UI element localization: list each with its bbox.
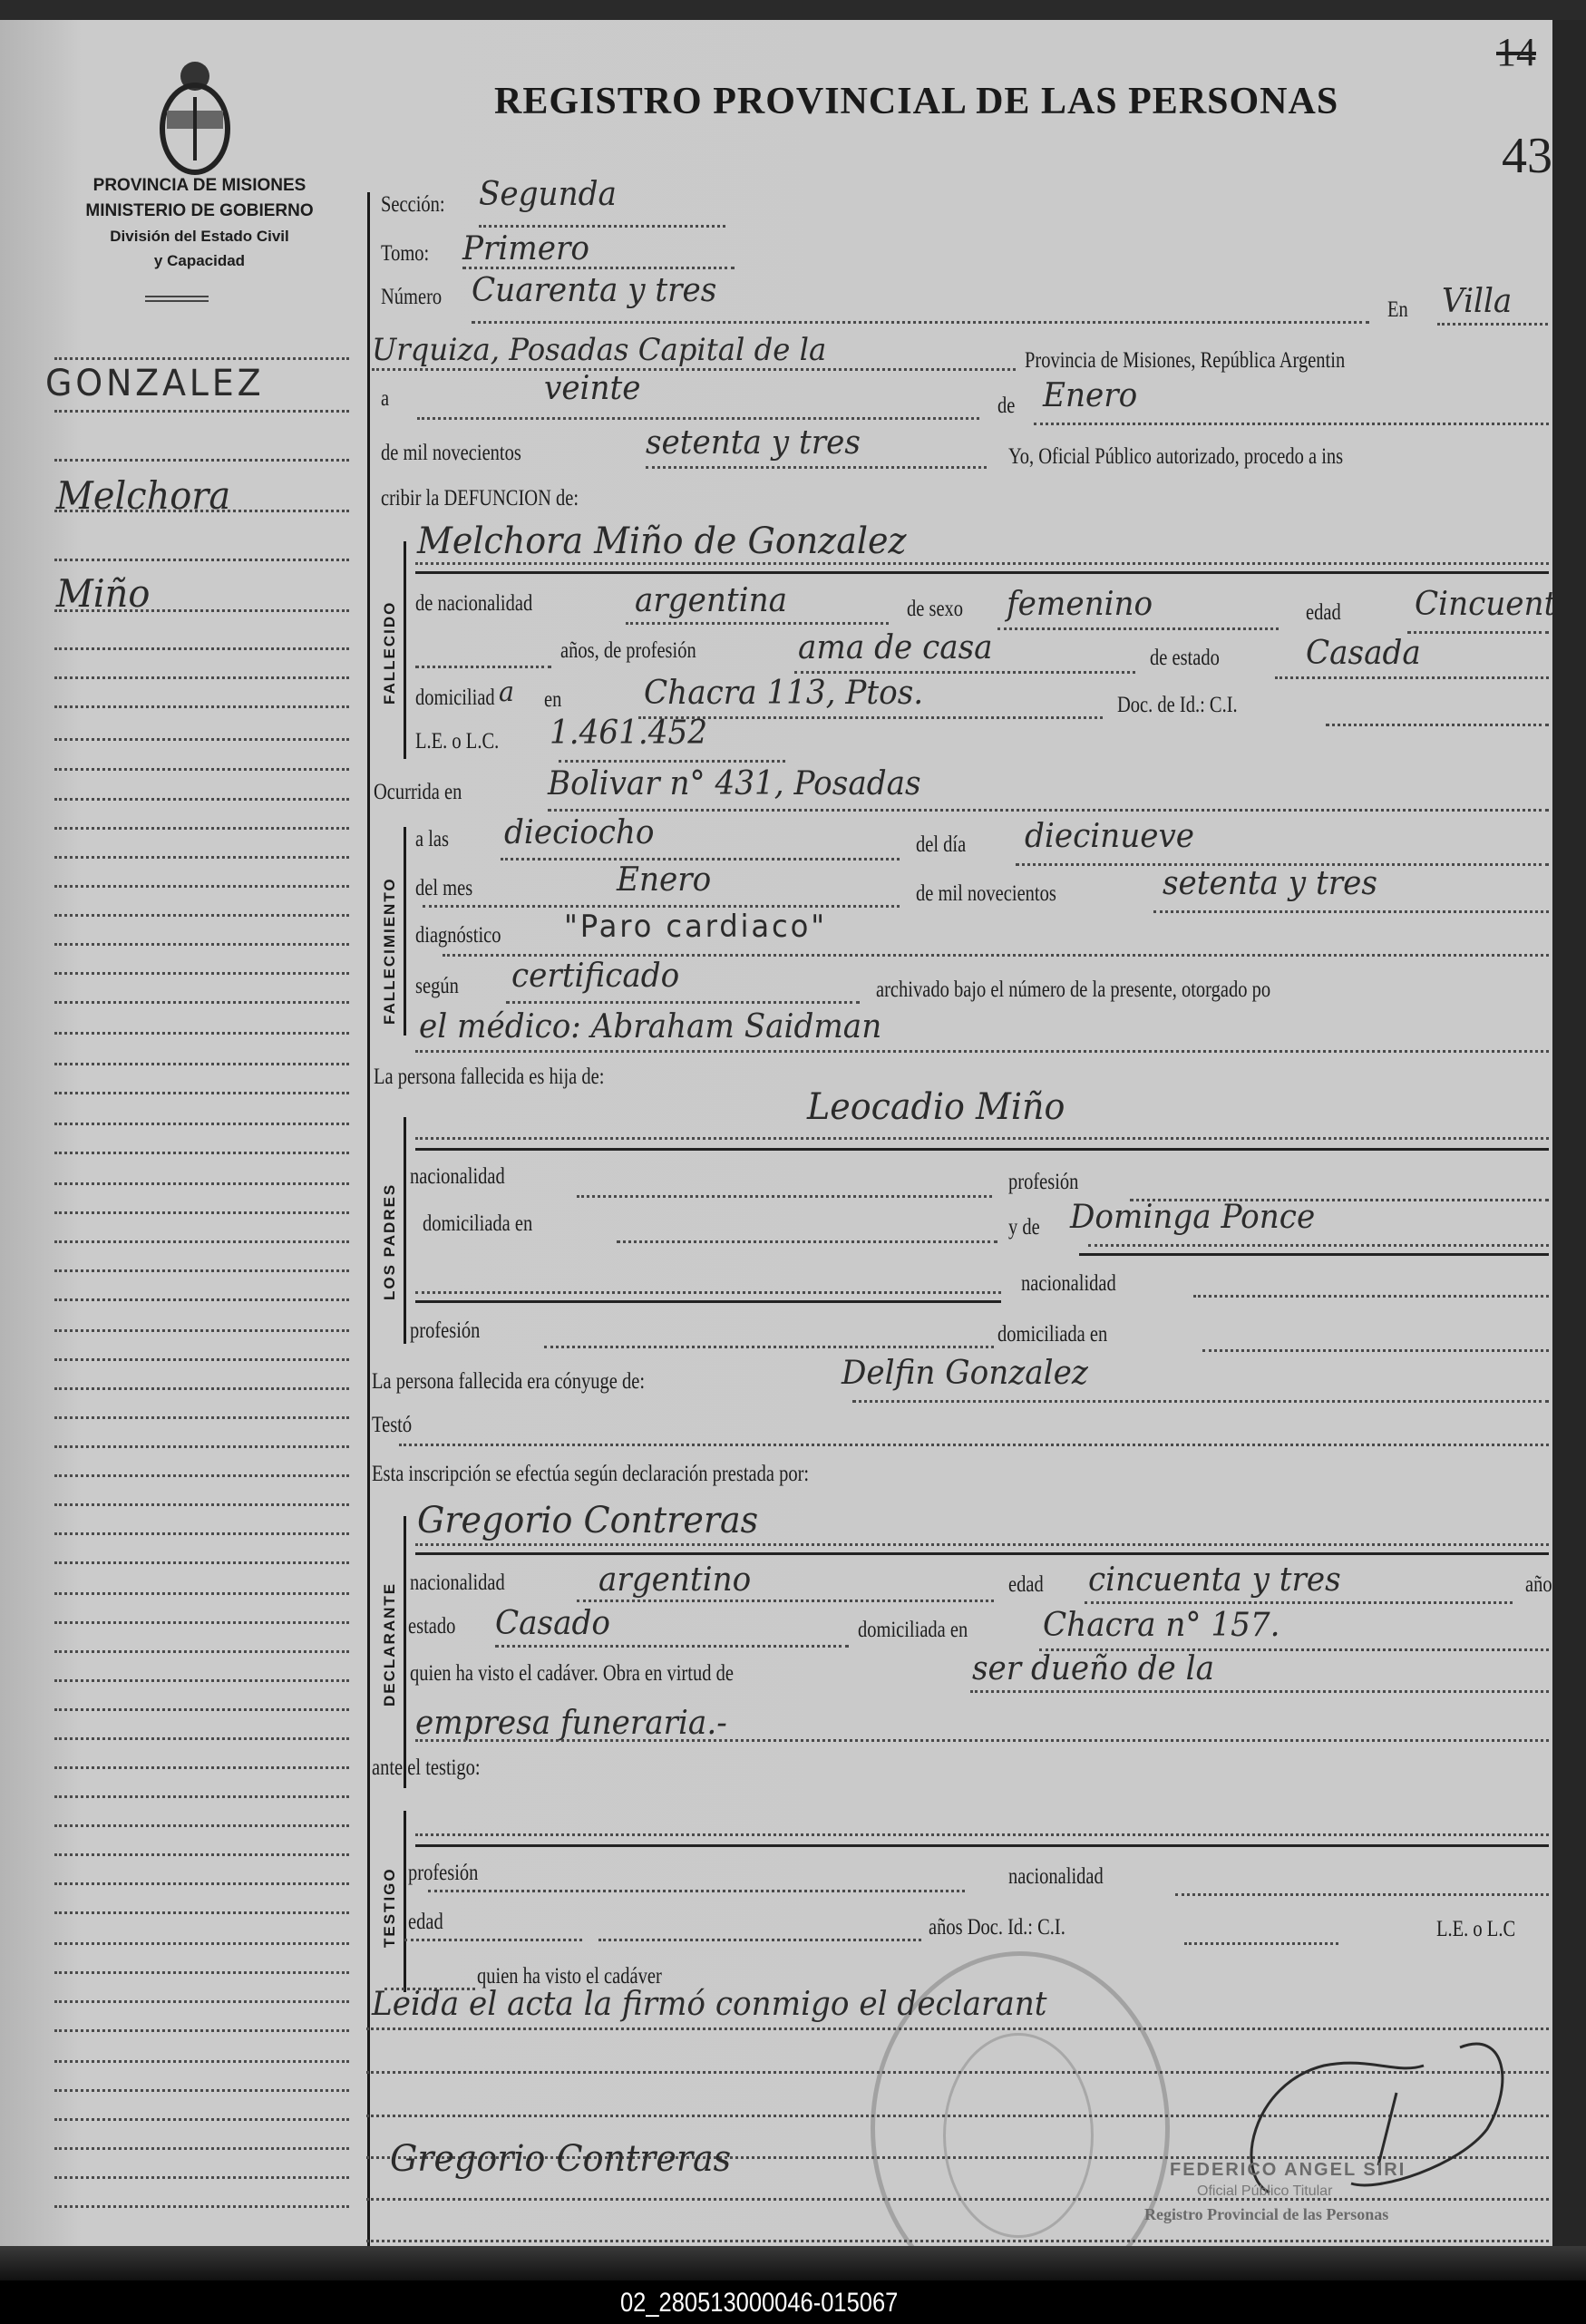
sexo-label: de sexo: [907, 597, 963, 622]
numero-label: Número: [381, 285, 442, 310]
declarante-intro: Esta inscripción se efectúa según declar…: [372, 1462, 809, 1487]
official-seal-inner: [943, 2033, 1094, 2238]
fallecido-bracket: [404, 541, 406, 759]
document-page: PROVINCIA DE MISIONES MINISTERIO DE GOBI…: [0, 20, 1552, 2246]
madre-domiciliada-label: domiciliada en: [997, 1322, 1107, 1347]
page-number-struck: 14: [1496, 29, 1536, 75]
document-title: REGISTRO PROVINCIAL DE LAS PERSONAS: [494, 80, 1338, 123]
anio-value: setenta y tres: [1163, 865, 1377, 902]
estado-label: de estado: [1150, 646, 1220, 671]
margin-line: [54, 510, 349, 512]
testigo-le-label: L.E. o L.C: [1436, 1917, 1515, 1942]
scan-right-edge: [1552, 20, 1586, 2246]
deceased-name: Melchora Miño de Gonzalez: [417, 520, 907, 562]
anos-profesion-label: años, de profesión: [560, 638, 696, 664]
province-text: Provincia de Misiones, República Argenti…: [1025, 348, 1345, 374]
sexo-value: femenino: [1007, 586, 1153, 623]
month-value: Enero: [1043, 377, 1137, 414]
declarante-name: Gregorio Contreras: [417, 1500, 758, 1541]
padres-bracket: [404, 1117, 406, 1344]
fallecimiento-section-label: FALLECIMIENTO: [381, 877, 399, 1025]
declarante-anos-label: año: [1525, 1572, 1552, 1598]
madre-value: Dominga Ponce: [1070, 1199, 1315, 1236]
a-label: a: [381, 386, 389, 412]
officer-text: Yo, Oficial Público autorizado, procedo …: [1008, 444, 1343, 470]
margin-line: [54, 609, 349, 612]
declarante-edad-value: cincuenta y tres: [1088, 1561, 1341, 1599]
profesion-value: ama de casa: [798, 629, 993, 666]
edad-label: edad: [1306, 600, 1341, 626]
diagnostico-label: diagnóstico: [415, 923, 501, 948]
declarante-signature: Gregorio Contreras: [390, 2138, 731, 2180]
archivado-text: archivado bajo el número de la presente,…: [876, 977, 1270, 1003]
domicilio-value: Chacra 113, Ptos.: [644, 675, 923, 712]
fallecido-section-label: FALLECIDO: [381, 601, 399, 705]
defuncion-text: cribir la DEFUNCION de:: [381, 486, 579, 511]
officer-stamp-name: FEDERICO ANGEL SIRI: [1170, 2160, 1406, 2181]
officer-stamp-org: Registro Provincial de las Personas: [1144, 2205, 1388, 2224]
en-label: En: [1387, 297, 1408, 323]
margin-surname: GONZALEZ: [45, 363, 264, 404]
y-de-label: y de: [1008, 1215, 1040, 1240]
margin-line: [54, 559, 349, 561]
testigo-nacionalidad-label: nacionalidad: [1008, 1864, 1104, 1890]
fallecimiento-bracket: [404, 827, 406, 1036]
declarante-estado-value: Casado: [495, 1605, 610, 1642]
domiciliado-suffix: a: [499, 676, 514, 708]
testigo-bracket: [404, 1811, 406, 1992]
testo-label: Testó: [372, 1413, 412, 1438]
virtud-value: ser dueño de la: [972, 1650, 1214, 1687]
ante-testigo-label: ante el testigo:: [372, 1755, 481, 1781]
le-lc-label: L.E. o L.C.: [415, 729, 499, 754]
mes-value: Enero: [617, 861, 711, 899]
year-label: de mil novecientos: [381, 441, 521, 466]
dia-label: del día: [916, 832, 966, 858]
testigo-section-label: TESTIGO: [381, 1867, 399, 1948]
declarante-domicilio-value: Chacra n° 157.: [1043, 1607, 1280, 1644]
numero-value: Cuarenta y tres: [472, 272, 716, 309]
padre-profesion-label: profesión: [1008, 1170, 1078, 1195]
domicilio-en-label: en: [544, 687, 561, 713]
segun-label: según: [415, 974, 459, 999]
day-value: veinte: [544, 370, 641, 407]
doc-id-label: Doc. de Id.: C.I.: [1117, 693, 1238, 718]
declarante-estado-label: estado: [408, 1614, 455, 1639]
de-label: de: [997, 394, 1015, 419]
edad-value: Cincuent: [1415, 586, 1556, 623]
act-number: 43: [1502, 127, 1552, 185]
nacionalidad-value: argentina: [635, 582, 787, 619]
padre-value: Leocadio Miño: [807, 1086, 1065, 1128]
division-line-1: División del Estado Civil: [54, 228, 345, 246]
seccion-label: Sección:: [381, 192, 445, 218]
padre-domiciliada-label: domiciliada en: [423, 1211, 532, 1237]
padre-nacionalidad-label: nacionalidad: [410, 1164, 505, 1190]
virtud-value-2: empresa funeraria.-: [415, 1705, 727, 1742]
top-scan-border: [0, 0, 1586, 20]
declarante-nacionalidad-label: nacionalidad: [410, 1570, 505, 1596]
leida-text: Leida el acta la firmó conmigo el declar…: [372, 1986, 1047, 2023]
diagnostico-value: "Paro cardiaco": [564, 909, 827, 945]
madre-profesion-label: profesión: [410, 1318, 480, 1344]
conyuge-label: La persona fallecida era cónyuge de:: [372, 1369, 645, 1395]
declarante-section-label: DECLARANTE: [381, 1582, 399, 1707]
declarante-nacionalidad-value: argentino: [598, 1561, 751, 1599]
scan-footer: 02_280513000046-015067: [0, 2280, 1586, 2324]
seccion-value: Segunda: [479, 176, 617, 213]
header-underline: [145, 296, 209, 302]
officer-stamp-role: Oficial Público Titular: [1197, 2183, 1332, 2200]
en-value: Villa: [1442, 283, 1512, 320]
hija-label: La persona fallecida es hija de:: [374, 1065, 604, 1090]
ministry-name: MINISTERIO DE GOBIERNO: [54, 201, 345, 221]
nacionalidad-label: de nacionalidad: [415, 591, 532, 617]
declarante-edad-label: edad: [1008, 1572, 1044, 1598]
province-name: PROVINCIA DE MISIONES: [54, 176, 345, 196]
anio-label: de mil novecientos: [916, 881, 1056, 907]
division-line-2: y Capacidad: [54, 252, 345, 270]
testigo-edad-label: edad: [408, 1910, 443, 1935]
dia-value: diecinueve: [1025, 818, 1194, 855]
image-id-label: 02_280513000046-015067: [620, 2288, 898, 2319]
ocurrida-value: Bolivar n° 431, Posadas: [548, 765, 921, 802]
segun-value: certificado: [511, 958, 679, 995]
testigo-doc-label: años Doc. Id.: C.I.: [929, 1915, 1065, 1940]
madre-nacionalidad-label: nacionalidad: [1021, 1271, 1116, 1297]
margin-line: [54, 459, 349, 462]
a-las-label: a las: [415, 827, 449, 852]
margin-line: [54, 357, 349, 360]
margin-divider: [367, 192, 370, 2246]
estado-value: Casada: [1306, 635, 1421, 672]
coat-of-arms-icon: [158, 56, 232, 183]
mes-label: del mes: [415, 876, 472, 901]
tomo-value: Primero: [462, 230, 589, 267]
place-value: Urquiza, Posadas Capital de la: [372, 332, 826, 368]
medico-value: el médico: Abraham Saidman: [419, 1008, 881, 1045]
tomo-label: Tomo:: [381, 241, 429, 267]
le-lc-value: 1.461.452: [550, 715, 707, 752]
hora-value: dieciocho: [504, 814, 655, 851]
margin-line: [54, 410, 349, 413]
year-value: setenta y tres: [646, 424, 861, 462]
testigo-profesion-label: profesión: [408, 1861, 478, 1886]
scan-bottom-shadow: [0, 2246, 1586, 2280]
ocurrida-label: Ocurrida en: [374, 780, 462, 805]
virtud-label: quien ha visto el cadáver. Obra en virtu…: [410, 1661, 734, 1687]
conyuge-value: Delfin Gonzalez: [842, 1355, 1088, 1392]
domiciliado-label: domiciliad: [415, 686, 495, 711]
declarante-bracket: [404, 1516, 406, 1788]
declarante-domiciliada-label: domiciliada en: [858, 1618, 968, 1643]
padres-section-label: LOS PADRES: [381, 1183, 399, 1300]
